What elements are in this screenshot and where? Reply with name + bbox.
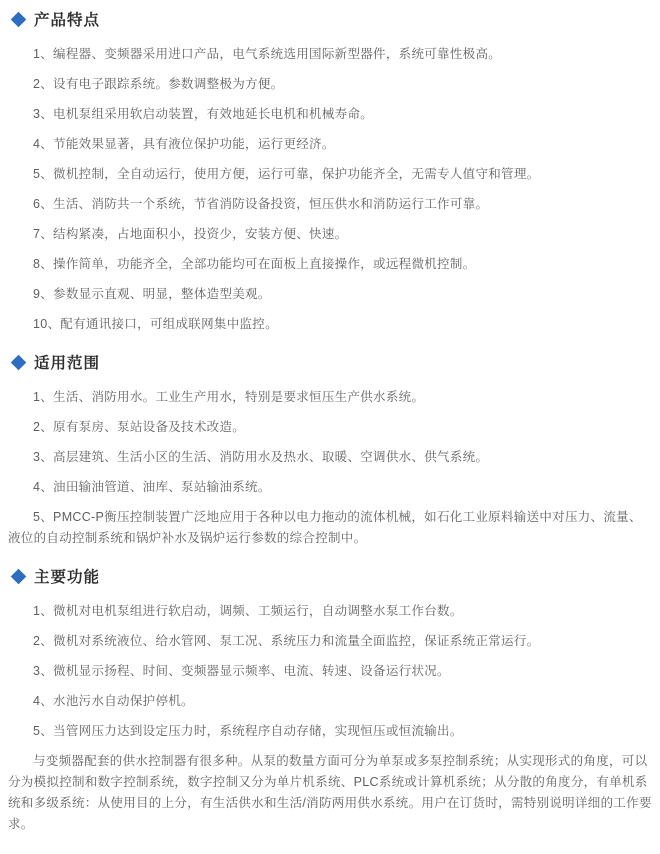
section-title: 适用范围 [34, 351, 100, 373]
list-item: 2、原有泵房、泵站设备及技术改造。 [8, 417, 652, 438]
list-item: 2、设有电子跟踪系统。参数调整极为方便。 [8, 74, 652, 95]
section-item-list: 1、生活、消防用水。工业生产用水，特别是要求恒压生产供水系统。2、原有泵房、泵站… [8, 387, 652, 549]
list-item: 5、当管网压力达到设定压力时，系统程序自动存储，实现恒压或恒流输出。 [8, 721, 652, 742]
section-title: 主要功能 [34, 565, 100, 587]
document-section-2: 适用范围 1、生活、消防用水。工业生产用水，特别是要求恒压生产供水系统。2、原有… [8, 351, 652, 549]
document-section-1: 产品特点 1、编程器、变频器采用进口产品，电气系统选用国际新型器件，系统可靠性极… [8, 8, 652, 335]
list-item: 6、生活、消防共一个系统，节省消防设备投资，恒压供水和消防运行工作可靠。 [8, 194, 652, 215]
list-item: 3、微机显示扬程、时间、变频器显示频率、电流、转速、设备运行状况。 [8, 661, 652, 682]
document-body: 产品特点 1、编程器、变频器采用进口产品，电气系统选用国际新型器件，系统可靠性极… [0, 0, 660, 854]
list-item: 1、微机对电机泵组进行软启动，调频、工频运行，自动调整水泵工作台数。 [8, 601, 652, 622]
list-item: 9、参数显示直观、明显，整体造型美观。 [8, 284, 652, 305]
diamond-bullet-icon [11, 11, 27, 27]
diamond-bullet-icon [11, 354, 27, 370]
paragraph: 与变频器配套的供水控制器有很多种。从泵的数量方面可分为单泵或多泵控制系统；从实现… [8, 751, 652, 835]
document-section-3: 主要功能 1、微机对电机泵组进行软启动，调频、工频运行，自动调整水泵工作台数。2… [8, 565, 652, 835]
list-item: 3、高层建筑、生活小区的生活、消防用水及热水、取暖、空调供水、供气系统。 [8, 447, 652, 468]
section-header: 产品特点 [8, 8, 652, 30]
list-item: 4、水池污水自动保护停机。 [8, 691, 652, 712]
diamond-bullet-icon [11, 568, 27, 584]
list-item: 10、配有通讯接口，可组成联网集中监控。 [8, 314, 652, 335]
list-item: 1、生活、消防用水。工业生产用水，特别是要求恒压生产供水系统。 [8, 387, 652, 408]
section-title: 产品特点 [34, 8, 100, 30]
section-item-list: 1、编程器、变频器采用进口产品，电气系统选用国际新型器件，系统可靠性极高。2、设… [8, 44, 652, 335]
section-header: 主要功能 [8, 565, 652, 587]
list-item: 7、结构紧凑，占地面积小，投资少，安装方便、快速。 [8, 224, 652, 245]
list-item: 2、微机对系统液位、给水管网、泵工况、系统压力和流量全面监控，保证系统正常运行。 [8, 631, 652, 652]
list-item: 5、PMCC-P衡压控制装置广泛地应用于各种以电力拖动的流体机械，如石化工业原料… [8, 507, 652, 549]
section-item-list: 1、微机对电机泵组进行软启动，调频、工频运行，自动调整水泵工作台数。2、微机对系… [8, 601, 652, 835]
list-item: 4、节能效果显著，具有液位保护功能，运行更经济。 [8, 134, 652, 155]
list-item: 4、油田输油管道、油库、泵站输油系统。 [8, 477, 652, 498]
list-item: 3、电机泵组采用软启动装置，有效地延长电机和机械寿命。 [8, 104, 652, 125]
list-item: 1、编程器、变频器采用进口产品，电气系统选用国际新型器件，系统可靠性极高。 [8, 44, 652, 65]
section-header: 适用范围 [8, 351, 652, 373]
list-item: 8、操作简单，功能齐全，全部功能均可在面板上直接操作，或远程微机控制。 [8, 254, 652, 275]
list-item: 5、微机控制，全自动运行，使用方便，运行可靠，保护功能齐全，无需专人值守和管理。 [8, 164, 652, 185]
